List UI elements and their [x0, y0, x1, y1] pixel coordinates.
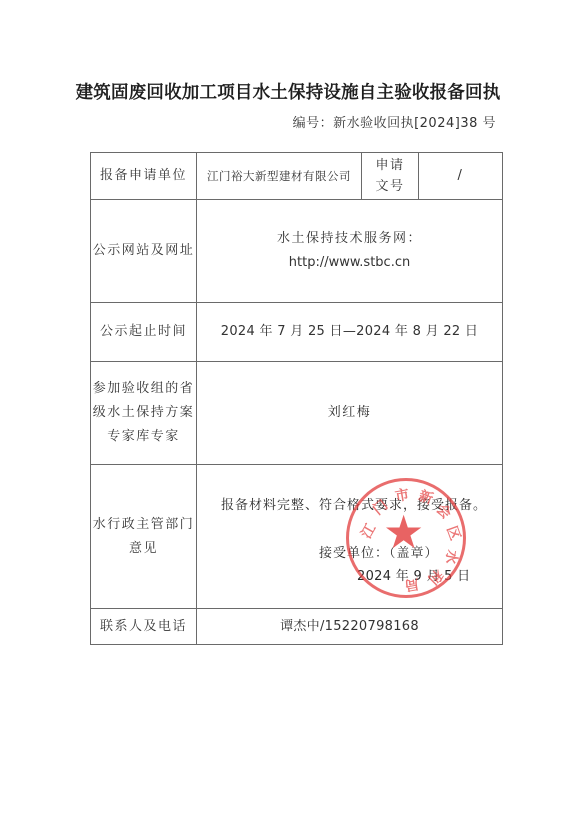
value-website: 水土保持技术服务网： http://www.stbc.cn — [197, 200, 502, 302]
opinion-text: 报备材料完整、符合格式要求，接受报备。 — [221, 494, 487, 513]
value-period: 2024 年 7 月 25 日—2024 年 8 月 22 日 — [197, 303, 502, 361]
label-website: 公示网站及网址 — [91, 200, 197, 302]
label-authority: 水行政主管部门 意见 — [91, 465, 197, 608]
label-experts-line2: 级水土保持方案 — [93, 401, 195, 425]
label-period: 公示起止时间 — [91, 303, 197, 361]
label-authority-line1: 水行政主管部门 — [93, 513, 195, 537]
row-contact: 联系人及电话 谭杰中/15220798168 — [91, 608, 502, 645]
label-authority-line2: 意见 — [129, 537, 158, 561]
row-applicant: 报备申请单位 江门裕大新型建材有限公司 申请文号 / — [91, 153, 502, 199]
website-url[interactable]: http://www.stbc.cn — [289, 251, 410, 275]
website-name: 水土保持技术服务网： — [277, 227, 422, 251]
value-applicant: 江门裕大新型建材有限公司 — [197, 153, 362, 199]
opinion-date: 2024 年 9 月 5 日 — [357, 565, 471, 584]
receiver-text: 接受单位：（盖章） — [319, 542, 439, 561]
document-number: 编号：新水验收回执[2024]38 号 — [293, 112, 496, 131]
value-contact: 谭杰中/15220798168 — [197, 609, 502, 645]
document-title: 建筑固废回收加工项目水土保持设施自主验收报备回执 — [0, 79, 576, 104]
row-period: 公示起止时间 2024 年 7 月 25 日—2024 年 8 月 22 日 — [91, 302, 502, 361]
label-experts: 参加验收组的省 级水土保持方案 专家库专家 — [91, 362, 197, 464]
value-authority: 报备材料完整、符合格式要求，接受报备。 接受单位：（盖章） 2024 年 9 月… — [197, 465, 502, 608]
label-contact: 联系人及电话 — [91, 609, 197, 645]
label-application-number: 申请文号 — [362, 153, 419, 199]
value-application-number: / — [419, 153, 502, 199]
row-website: 公示网站及网址 水土保持技术服务网： http://www.stbc.cn — [91, 199, 502, 302]
row-experts: 参加验收组的省 级水土保持方案 专家库专家 刘红梅 — [91, 361, 502, 464]
label-experts-line1: 参加验收组的省 — [93, 377, 195, 401]
receipt-table: 报备申请单位 江门裕大新型建材有限公司 申请文号 / 公示网站及网址 水土保持技… — [90, 152, 503, 645]
label-experts-line3: 专家库专家 — [107, 425, 180, 449]
label-applicant: 报备申请单位 — [91, 153, 197, 199]
row-authority-opinion: 水行政主管部门 意见 报备材料完整、符合格式要求，接受报备。 接受单位：（盖章）… — [91, 464, 502, 608]
value-experts: 刘红梅 — [197, 362, 502, 464]
